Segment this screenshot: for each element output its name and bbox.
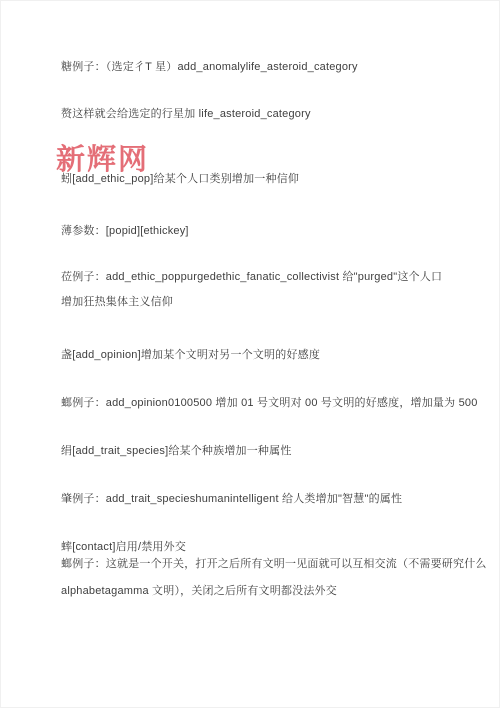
text-line-example-opinion: 螂例子：add_opinion0100500 增加 01 号文明对 00 号文明… xyxy=(61,397,478,410)
text-line-add-opinion: 盏[add_opinion]增加某个文明对另一个文明的好感度 xyxy=(61,349,320,362)
text-line-example-anomaly: 糖例子：（选定彳T 星）add_anomalylife_asteroid_cat… xyxy=(61,61,358,74)
text-line-contact-result: alphabetagamma 文明），关闭之后所有文明都没法外交 xyxy=(61,585,337,598)
text-line-add-trait-species: 绢[add_trait_species]给某个种族增加一种属性 xyxy=(61,445,292,458)
text-line-ethic-result: 增加狂热集体主义信仰 xyxy=(61,296,173,309)
text-line-example-ethic: 莅例子：add_ethic_poppurgedethic_fanatic_col… xyxy=(61,271,442,284)
text-line-example-contact: 螂例子：这就是一个开关，打开之后所有文明一见面就可以互相交流（不需要研究什么 xyxy=(61,558,487,571)
text-line-anomaly-result: 赘这样就会给选定的行星加 life_asteroid_category xyxy=(61,108,311,121)
text-line-contact-toggle: 蟀[contact]启用/禁用外交 xyxy=(61,541,186,554)
watermark-logo: 新辉网 xyxy=(56,137,149,178)
text-line-params: 薄参数：[popid][ethickey] xyxy=(61,225,189,238)
text-line-example-trait: 肇例子：add_trait_specieshumanintelligent 给人… xyxy=(61,493,402,506)
document-page: 糖例子：（选定彳T 星）add_anomalylife_asteroid_cat… xyxy=(0,0,500,708)
